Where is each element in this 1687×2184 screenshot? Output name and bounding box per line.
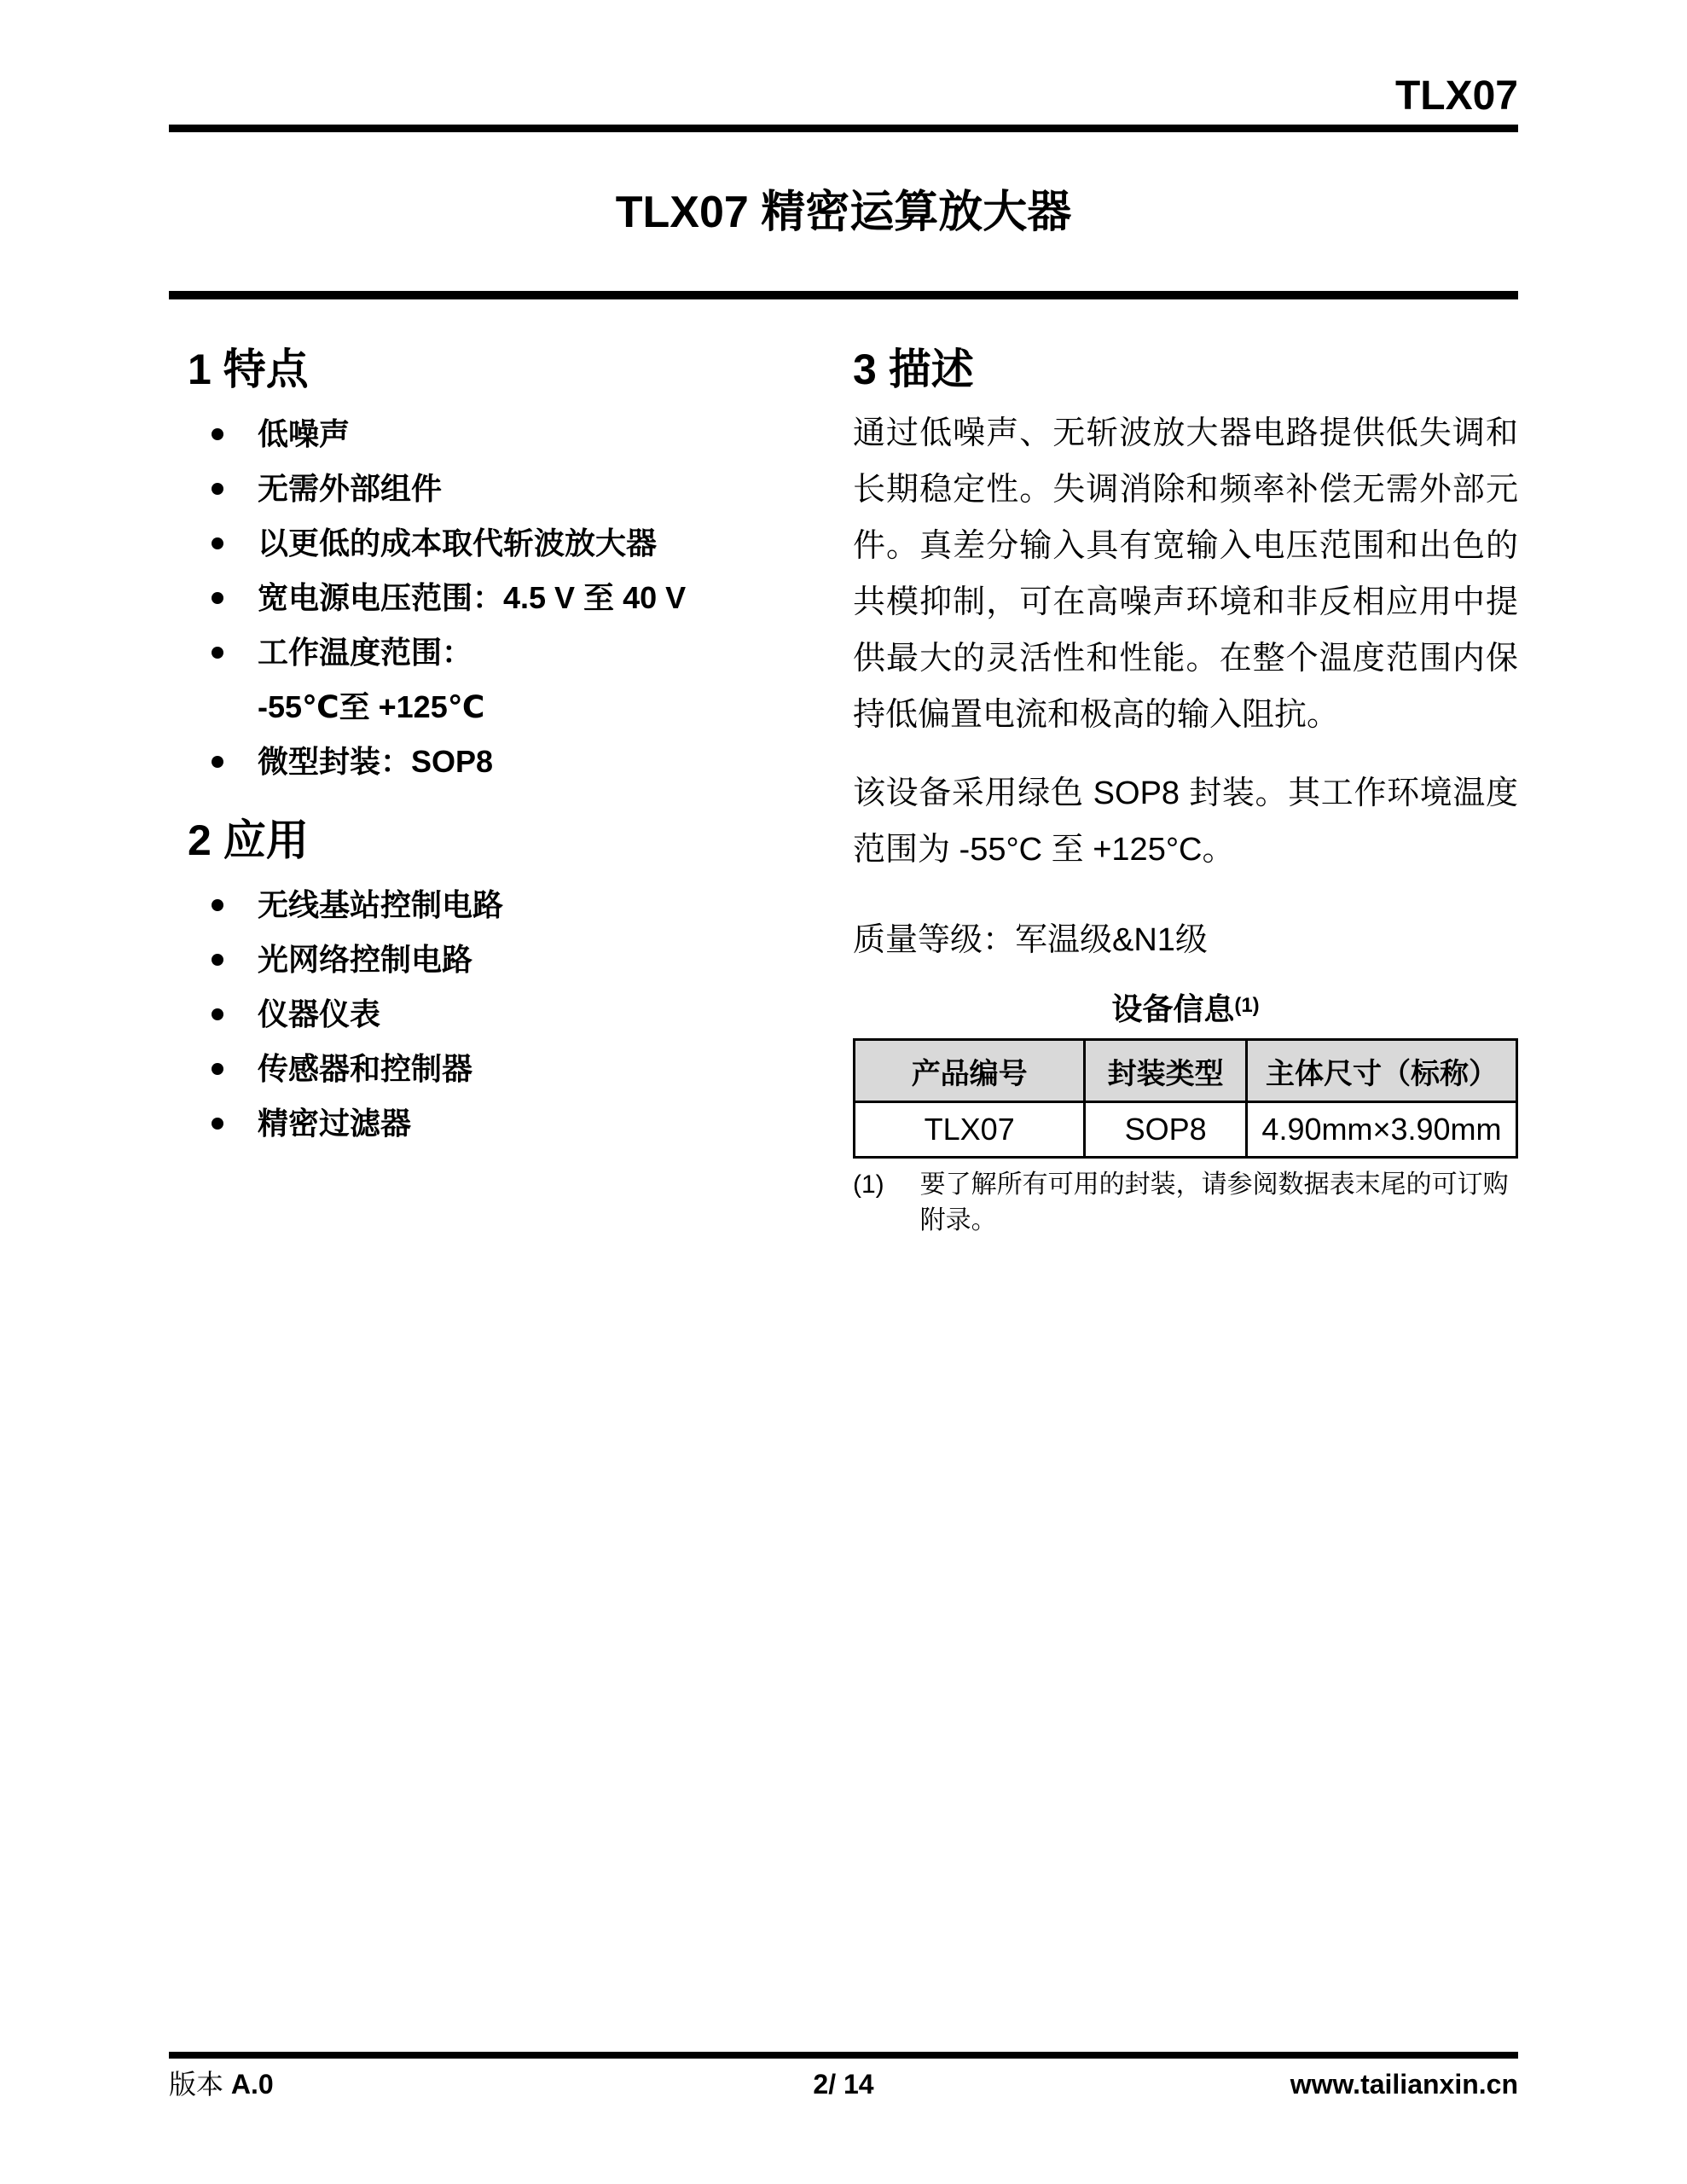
application-item: 光网络控制电路 [188,932,815,987]
feature-item: 以更低的成本取代斩波放大器 [188,516,815,571]
device-info-cell-body-size: 4.90mm×3.90mm [1246,1102,1516,1158]
footer-revision: 版本 A.0 [169,2067,813,2101]
device-info-title-text: 设备信息 [1111,991,1234,1026]
footer-rule [169,2052,1518,2059]
device-info-header-cell: 主体尺寸（标称） [1246,1040,1516,1102]
description-paragraph-1: 通过低噪声、无斩波放大器电路提供低失调和长期稳定性。失调消除和频率补偿无需外部元… [853,405,1518,743]
footer-revision-label: 版本 [169,2069,223,2100]
description-heading: 3 描述 [853,344,1518,395]
applications-heading: 2 应用 [188,815,815,866]
device-info-data-row: TLX07 SOP8 4.90mm×3.90mm [855,1102,1517,1158]
device-info-cell-part-number: TLX07 [855,1102,1085,1158]
left-column: 1 特点 低噪声 无需外部组件 以更低的成本取代斩波放大器 宽电源电压范围：4.… [188,344,815,1239]
device-info-block: 设备信息(1) 产品编号 封装类型 主体尺寸（标称） TLX07 [853,990,1518,1239]
features-heading: 1 特点 [188,344,815,395]
device-info-header-cell: 封装类型 [1085,1040,1247,1102]
body-columns: 1 特点 低噪声 无需外部组件 以更低的成本取代斩波放大器 宽电源电压范围：4.… [188,344,1518,1239]
datasheet-page: TLX07 TLX07 精密运算放大器 1 特点 低噪声 无需外部组件 以更低的… [0,0,1687,2184]
feature-item: 工作温度范围： [188,625,815,680]
footnote-marker: (1) [853,1167,884,1239]
quality-grade-line: 质量等级：军温级&N1级 [853,912,1518,968]
application-item: 无线基站控制电路 [188,878,815,932]
page-title: TLX07 精密运算放大器 [169,189,1518,236]
device-info-cell-package: SOP8 [1085,1102,1247,1158]
device-info-title: 设备信息(1) [853,990,1518,1028]
page-footer: 版本 A.0 2/ 14 www.tailianxin.cn [169,2052,1518,2101]
title-rule [169,291,1518,299]
application-item: 传感器和控制器 [188,1042,815,1096]
right-column: 3 描述 通过低噪声、无斩波放大器电路提供低失调和长期稳定性。失调消除和频率补偿… [853,344,1518,1239]
application-item: 仪器仪表 [188,987,815,1042]
features-list: 低噪声 无需外部组件 以更低的成本取代斩波放大器 宽电源电压范围：4.5 V 至… [188,407,815,789]
page-header: TLX07 [169,0,1518,118]
device-info-table: 产品编号 封装类型 主体尺寸（标称） TLX07 SOP8 4.90mm×3.9… [853,1038,1518,1159]
footer-row: 版本 A.0 2/ 14 www.tailianxin.cn [169,2067,1518,2101]
footer-revision-value: A.0 [231,2069,274,2100]
feature-item-continuation: -55℃至 +125℃ [188,680,815,735]
feature-item: 宽电源电压范围：4.5 V 至 40 V [188,571,815,625]
feature-item: 微型封装：SOP8 [188,735,815,789]
device-info-footnote: (1) 要了解所有可用的封装，请参阅数据表末尾的可订购附录。 [853,1167,1518,1239]
application-item: 精密过滤器 [188,1096,815,1151]
footer-page-indicator: 2/ 14 [813,2067,873,2101]
device-info-header-cell: 产品编号 [855,1040,1085,1102]
device-info-header-row: 产品编号 封装类型 主体尺寸（标称） [855,1040,1517,1102]
applications-list: 无线基站控制电路 光网络控制电路 仪器仪表 传感器和控制器 精密过滤器 [188,878,815,1151]
device-info-title-superscript: (1) [1234,994,1259,1017]
footnote-text: 要了解所有可用的封装，请参阅数据表末尾的可订购附录。 [920,1167,1518,1239]
footer-website-link[interactable]: www.tailianxin.cn [874,2067,1518,2101]
feature-item: 低噪声 [188,407,815,462]
header-rule [169,125,1518,132]
header-doc-code: TLX07 [169,75,1518,118]
description-paragraph-2: 该设备采用绿色 SOP8 封装。其工作环境温度范围为 -55°C 至 +125°… [853,765,1518,878]
feature-item: 无需外部组件 [188,462,815,516]
